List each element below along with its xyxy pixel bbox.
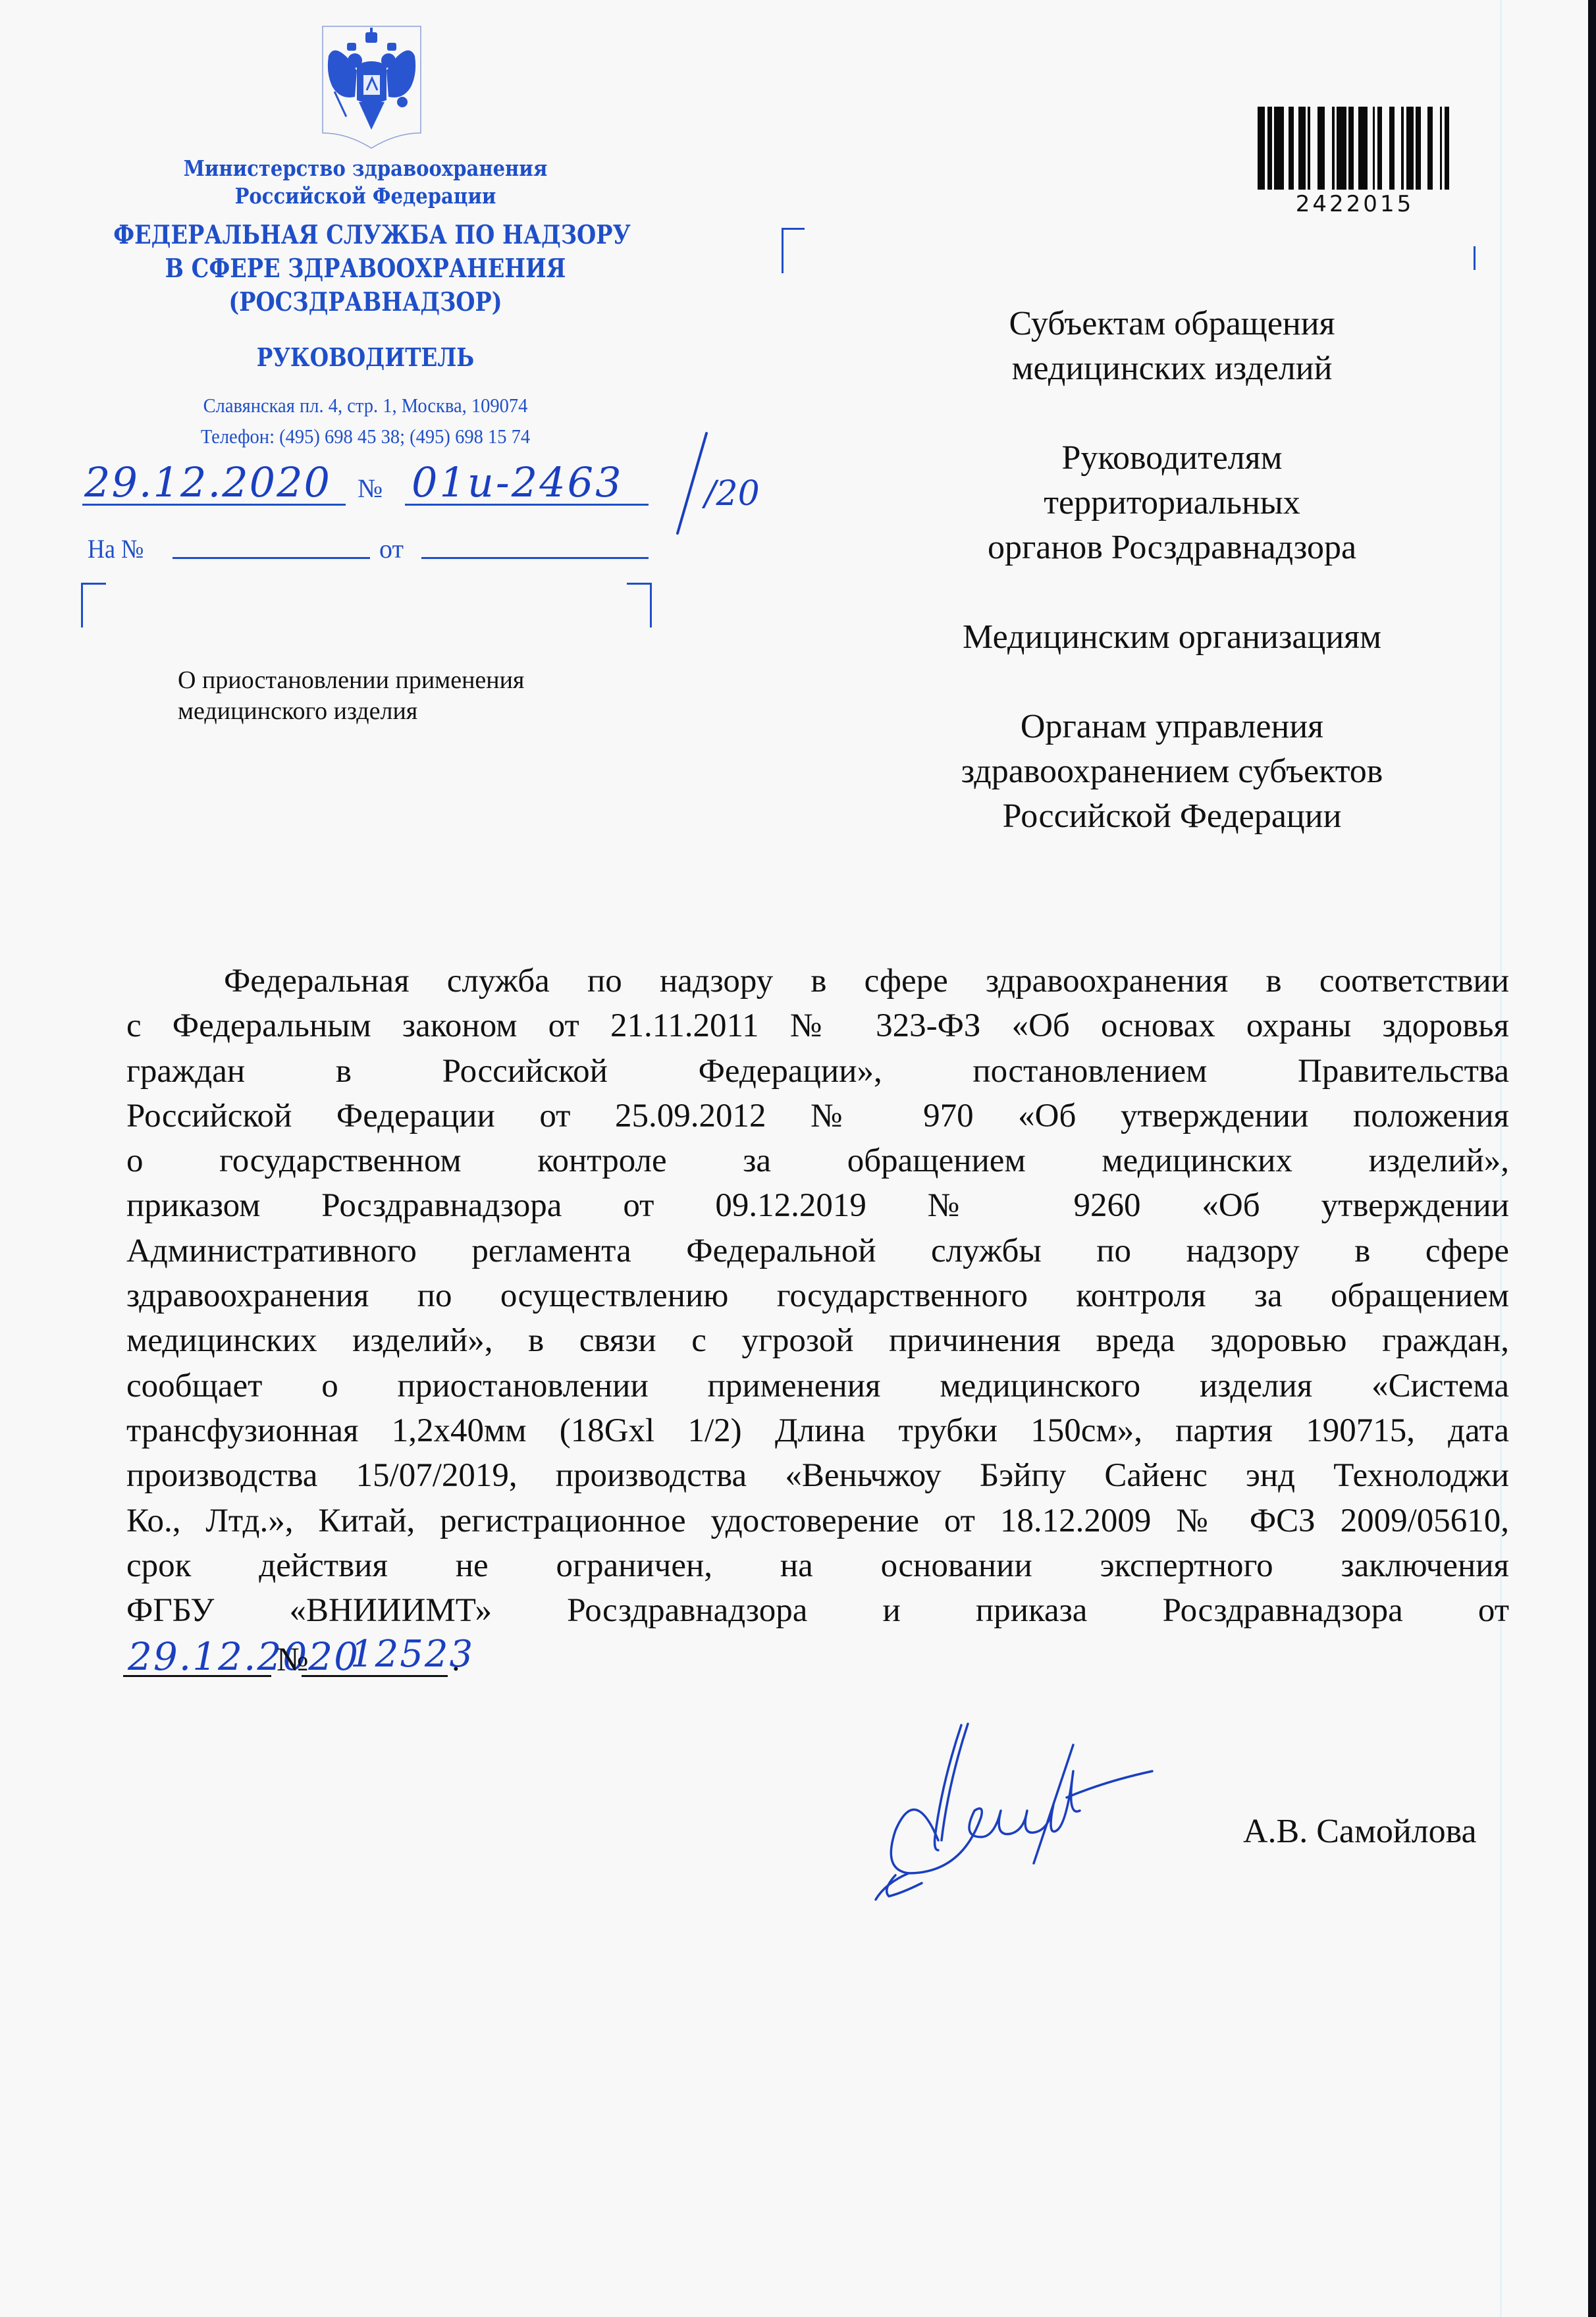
recipient-bracket-left	[782, 228, 805, 273]
barcode-bar	[1325, 107, 1332, 190]
barcode-bar	[1377, 107, 1382, 190]
handwritten-signature-icon	[869, 1705, 1290, 1903]
barcode-bar	[1427, 107, 1432, 190]
body-paragraph: Федеральная служба по надзору в сфере зд…	[126, 959, 1509, 1633]
barcode-bar	[1416, 107, 1420, 190]
recipient-line: Руководителям	[909, 436, 1435, 481]
barcode-bar	[1389, 107, 1394, 190]
signer-name: А.В. Самойлова	[1243, 1812, 1477, 1851]
recipient-entry: Руководителямтерриториальныхорганов Росз…	[909, 436, 1435, 570]
scan-edge-shadow	[1588, 0, 1596, 2317]
subject-bracket-left	[81, 583, 106, 627]
barcode-bar	[1449, 107, 1452, 190]
barcode-bar	[1294, 107, 1298, 190]
barcode-bar	[1337, 107, 1346, 190]
barcode-bar	[1421, 107, 1428, 190]
barcode-bar	[1258, 107, 1265, 190]
order-date: 29.12.2020	[128, 1634, 359, 1679]
address-line: Славянская пл. 4, стр. 1, Москва, 109074	[96, 394, 635, 417]
body-line: граждан в Российской Федерации», постано…	[126, 1049, 1509, 1094]
subject-line2: медицинского изделия	[178, 696, 652, 727]
barcode-bar	[1354, 107, 1358, 190]
reply-to-number-field[interactable]	[173, 557, 370, 559]
barcode-bar	[1348, 107, 1353, 190]
body-line: сообщает о приостановлении применения ме…	[126, 1364, 1509, 1408]
recipient-line: Российской Федерации	[909, 794, 1435, 839]
barcode-bar	[1289, 107, 1293, 190]
recipient-line: территориальных	[909, 481, 1435, 525]
body-line: производства 15/07/2019, производства «В…	[126, 1453, 1509, 1498]
recipient-entry: Медицинским организациям	[909, 615, 1435, 660]
recipient-bracket-right	[1474, 246, 1476, 270]
subject-bracket-right	[627, 583, 652, 627]
order-reference-line: 29.12.2020 № 12523 .	[126, 1638, 587, 1684]
recipient-line: Субъектам обращения	[909, 302, 1435, 346]
recipient-line: здравоохранением субъектов	[909, 749, 1435, 794]
registration-number: 01и-2463	[412, 458, 624, 506]
body-line: ФГБУ «ВНИИИМТ» Росздравнадзора и приказа…	[126, 1588, 1509, 1633]
subject-line1: О приостановлении применения	[178, 665, 652, 696]
registration-date: 29.12.2020	[84, 458, 331, 506]
order-date-underline	[123, 1675, 271, 1677]
registration-number-underline	[405, 504, 649, 506]
recipient-line: медицинских изделий	[909, 346, 1435, 391]
barcode-bar	[1406, 107, 1414, 190]
subject: О приостановлении применения медицинског…	[178, 665, 652, 727]
reply-from-date-field[interactable]	[421, 557, 649, 559]
barcode-bar	[1310, 107, 1317, 190]
body-line: с Федеральным законом от 21.11.2011 № 32…	[126, 1003, 1509, 1048]
service-name-line1: ФЕДЕРАЛЬНАЯ СЛУЖБА ПО НАДЗОРУ	[113, 220, 617, 250]
position-title: РУКОВОДИТЕЛЬ	[113, 342, 617, 372]
phone-line: Телефон: (495) 698 45 38; (495) 698 15 7…	[96, 425, 635, 448]
body-line: приказом Росздравнадзора от 09.12.2019 №…	[126, 1183, 1509, 1228]
body-line: Российской Федерации от 25.09.2012 № 970…	[126, 1094, 1509, 1138]
body-line: Федеральная служба по надзору в сфере зд…	[126, 959, 1509, 1003]
barcode-bar	[1368, 107, 1372, 190]
registration-suffix: /20	[668, 428, 754, 540]
reply-from-label: от	[379, 533, 404, 564]
service-name-line3: (РОСЗДРАВНАДЗОР)	[113, 287, 617, 317]
body-line: трансфузионная 1,2x40мм (18Gxl 1/2) Длин…	[126, 1408, 1509, 1453]
recipient-line: Медицинским организациям	[909, 615, 1435, 660]
barcode-bar	[1317, 107, 1325, 190]
recipient-line: Органам управления	[909, 705, 1435, 749]
barcode-bar	[1358, 107, 1368, 190]
barcode-bar	[1284, 107, 1289, 190]
barcode-bar	[1298, 107, 1306, 190]
russian-coat-of-arms-icon	[321, 24, 423, 149]
registration-date-underline	[82, 504, 346, 506]
service-name-line2: В СФЕРЕ ЗДРАВООХРАНЕНИЯ	[113, 253, 617, 284]
barcode-bar	[1395, 107, 1402, 190]
body-line: Административного регламента Федеральной…	[126, 1229, 1509, 1273]
barcode-bar	[1433, 107, 1440, 190]
order-number-underline	[302, 1675, 448, 1677]
recipient-line: органов Росздравнадзора	[909, 525, 1435, 570]
registration-year-suffix: /20	[705, 474, 760, 514]
recipient-entry: Органам управленияздравоохранением субъе…	[909, 705, 1435, 839]
barcode-bar	[1382, 107, 1389, 190]
reply-to-label: На №	[88, 533, 144, 564]
body-line: медицинских изделий», в связи с угрозой …	[126, 1318, 1509, 1363]
registration-number-sign: №	[358, 473, 383, 504]
order-number-sign: №	[277, 1641, 309, 1679]
order-end-period: .	[452, 1641, 460, 1679]
barcode	[1258, 107, 1452, 190]
body-line: срок действия не ограничен, на основании…	[126, 1543, 1509, 1588]
ministry-name-line2: Российской Федерации	[107, 183, 623, 209]
recipients-block: Субъектам обращениямедицинских изделийРу…	[909, 302, 1435, 839]
barcode-number: 2422015	[1258, 191, 1452, 217]
body-line: здравоохранения по осуществлению государ…	[126, 1273, 1509, 1318]
ministry-name-line1: Министерство здравоохранения	[107, 155, 623, 181]
barcode-bar	[1267, 107, 1272, 190]
body-line: о государственном контроле за обращением…	[126, 1138, 1509, 1183]
barcode-bar	[1274, 107, 1284, 190]
recipient-entry: Субъектам обращениямедицинских изделий	[909, 302, 1435, 391]
body-line: Ко., Лтд.», Китай, регистрационное удост…	[126, 1499, 1509, 1543]
barcode-bar	[1445, 107, 1449, 190]
